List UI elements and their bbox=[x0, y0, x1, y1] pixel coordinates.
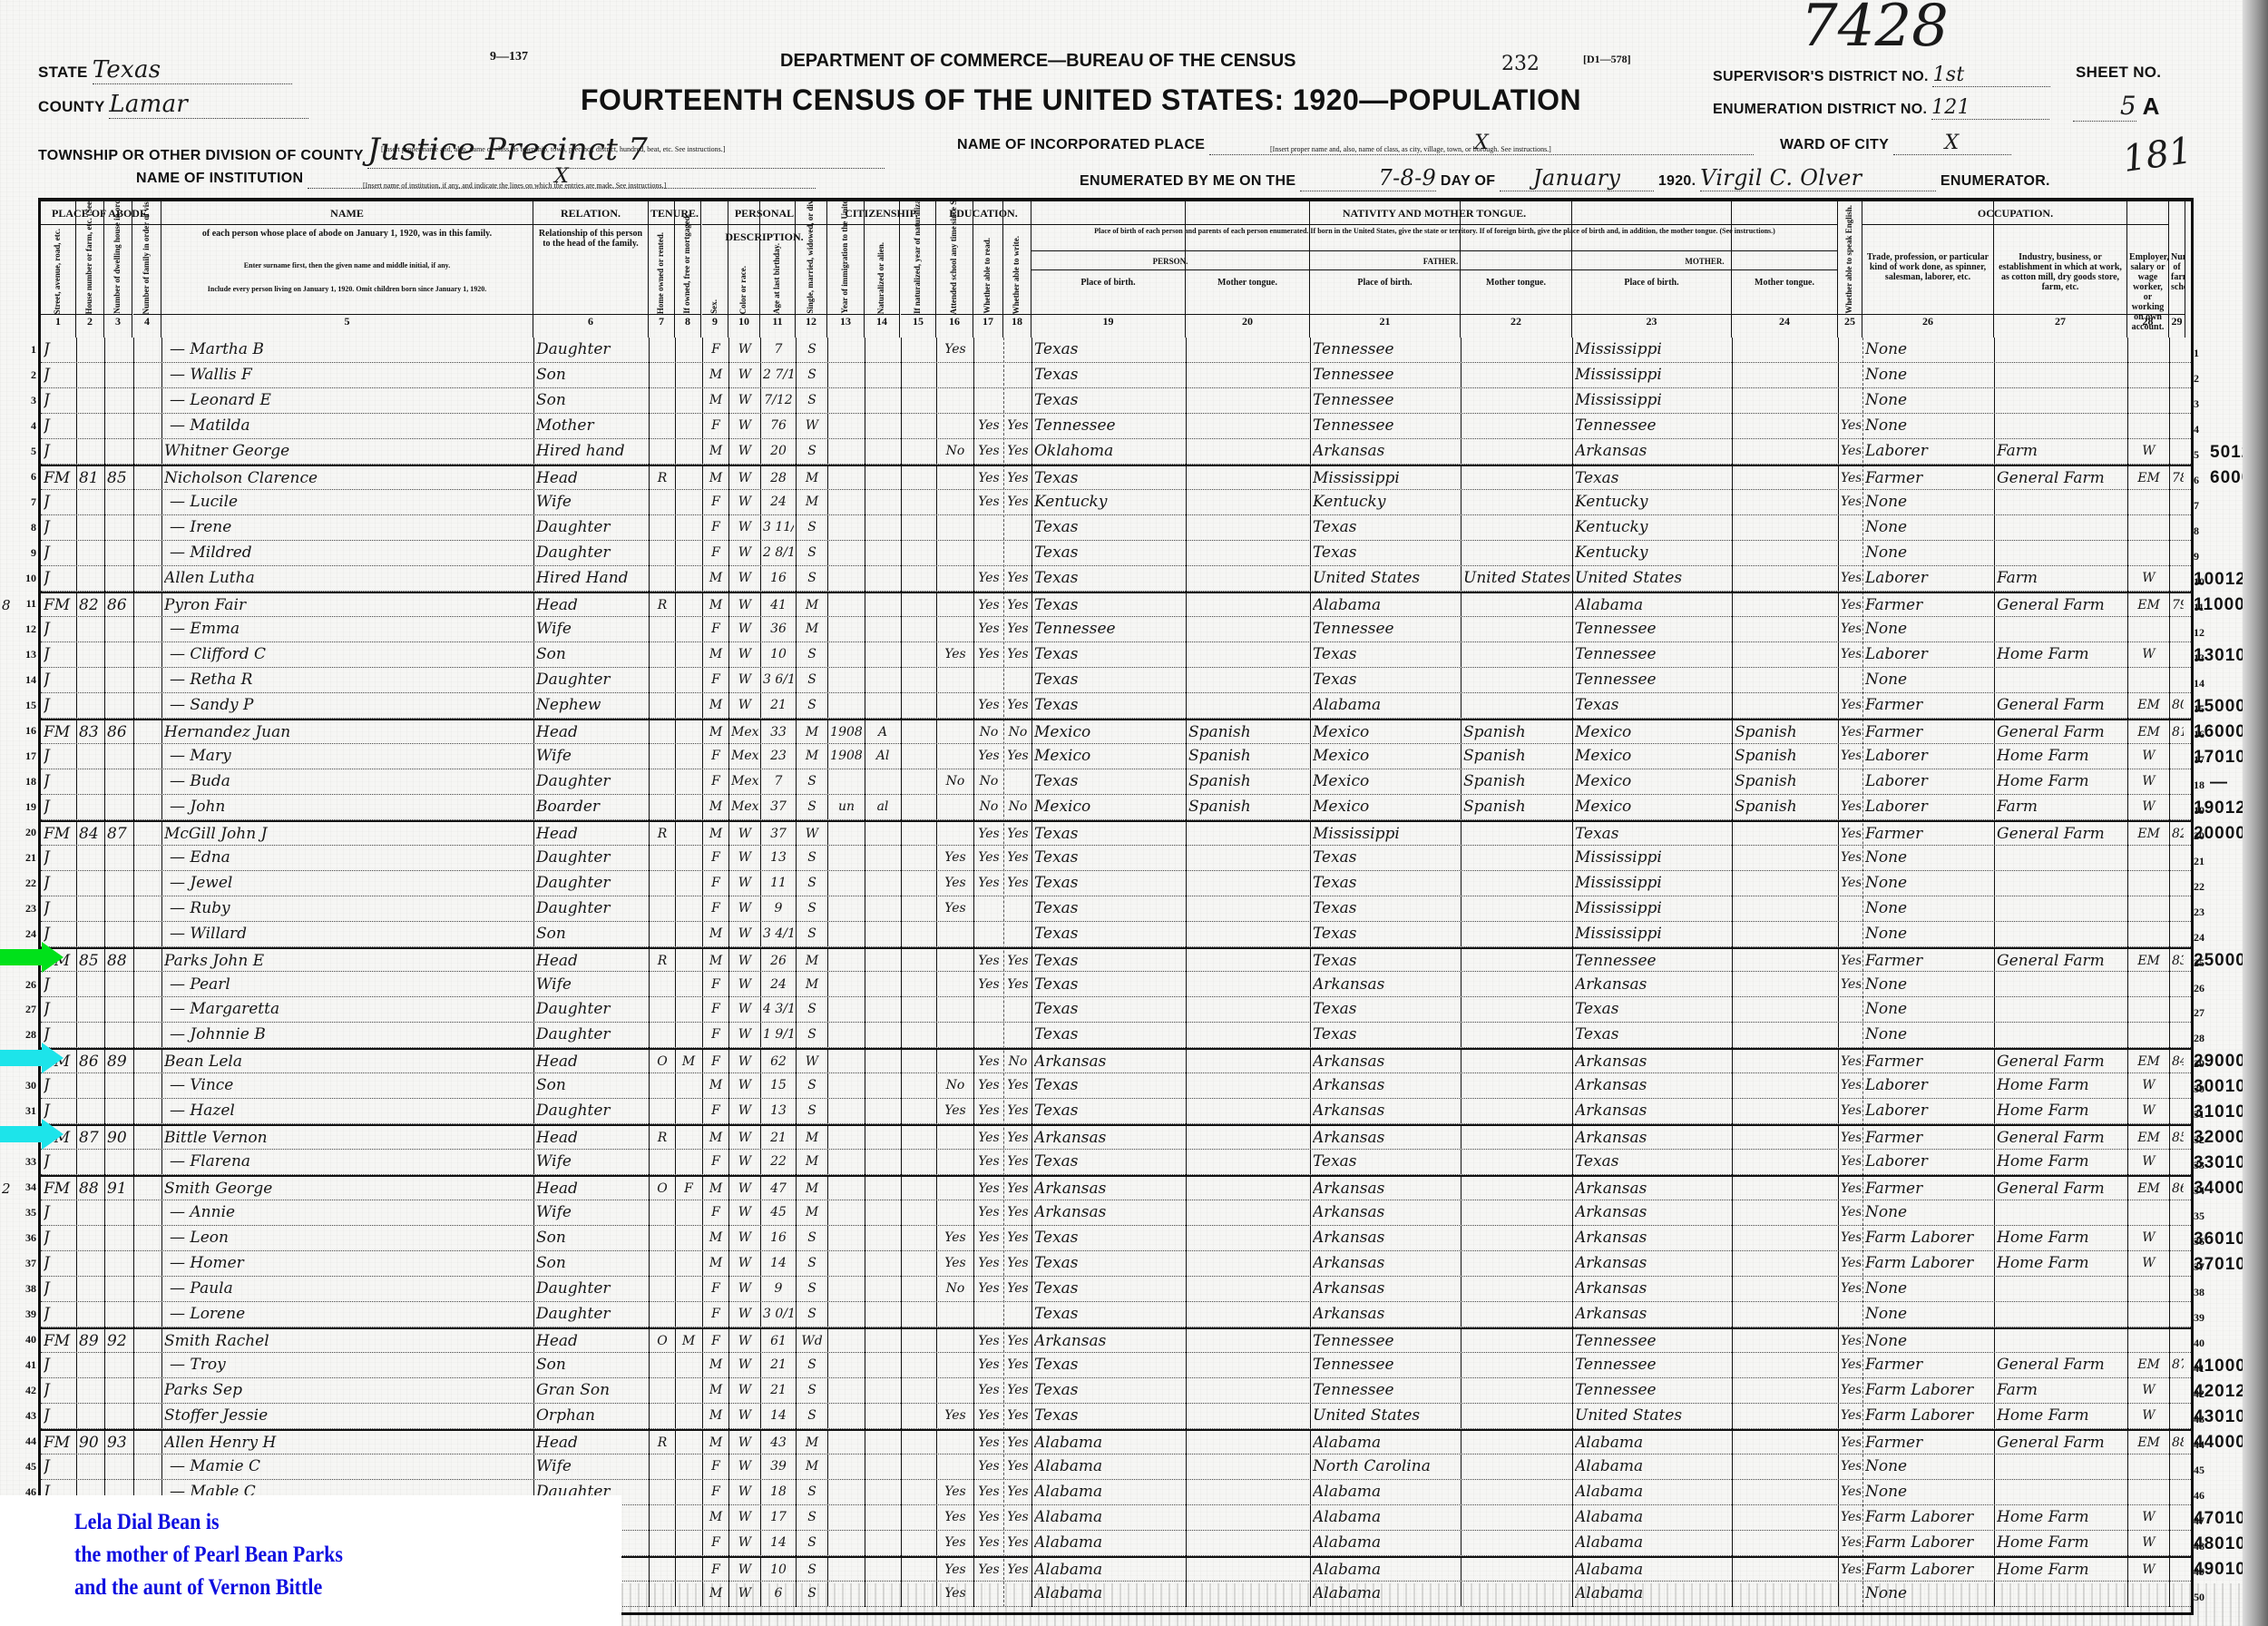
cell-imm bbox=[830, 617, 863, 642]
cell-race: W bbox=[731, 1302, 758, 1327]
cell-write bbox=[1006, 363, 1030, 387]
cell-employ: W bbox=[2130, 1505, 2167, 1530]
cell-home bbox=[651, 541, 673, 565]
column-number: 1 bbox=[41, 314, 76, 334]
cell-family bbox=[136, 617, 160, 642]
cell-own bbox=[678, 515, 699, 540]
cell-name: — Lorene bbox=[164, 1302, 537, 1327]
line-number-left: 18 bbox=[20, 775, 36, 789]
cell-imm bbox=[830, 922, 863, 946]
line-number-left: 22 bbox=[20, 877, 36, 890]
cell-mbirth: Texas bbox=[1575, 693, 1730, 718]
cell-tongue bbox=[1188, 566, 1308, 591]
cell-imm bbox=[830, 1378, 863, 1403]
arrow-head bbox=[42, 1119, 64, 1150]
cell-read bbox=[976, 515, 1002, 540]
cell-birth: Texas bbox=[1034, 515, 1184, 540]
cell-relation: Head bbox=[536, 1126, 647, 1149]
cell-age: 43 bbox=[763, 1431, 794, 1454]
cell-read: Yes bbox=[976, 822, 1002, 845]
cell-ftongue bbox=[1463, 541, 1570, 565]
cell-employ bbox=[2130, 1329, 2167, 1352]
line-number-left: 1 bbox=[20, 343, 36, 357]
cell-family bbox=[136, 466, 160, 489]
cell-own bbox=[678, 541, 699, 565]
cell-street: J bbox=[44, 1353, 74, 1377]
cell-write: Yes bbox=[1006, 1200, 1030, 1225]
cell-read: Yes bbox=[976, 1073, 1002, 1098]
cell-age: 3 11/12 bbox=[763, 515, 794, 540]
cell-english bbox=[1841, 515, 1861, 540]
cell-sex: M bbox=[705, 822, 727, 845]
cell-dwelling bbox=[107, 795, 131, 819]
cell-street: J bbox=[44, 617, 74, 642]
cell-dwelling: 86 bbox=[107, 720, 131, 743]
census-row: J— AnnieWifeFW45MYesYesArkansasArkansasA… bbox=[41, 1200, 2191, 1226]
cell-school: Yes bbox=[939, 1531, 972, 1555]
cell-natyr bbox=[904, 642, 934, 667]
cell-home bbox=[651, 1378, 673, 1403]
cell-street: FM bbox=[44, 822, 74, 845]
cell-birth: Tennessee bbox=[1034, 617, 1184, 642]
cell-age: 14 bbox=[763, 1531, 794, 1555]
cell-own bbox=[678, 1558, 699, 1581]
cell-own bbox=[678, 1404, 699, 1428]
cell-mbirth: United States bbox=[1575, 1404, 1730, 1428]
cell-write bbox=[1006, 1023, 1030, 1047]
line-number-left: 35 bbox=[20, 1206, 36, 1219]
cell-family bbox=[136, 871, 160, 896]
cell-name: — Flarena bbox=[164, 1150, 537, 1174]
line-number-left: 5 bbox=[20, 445, 36, 458]
cell-mbirth: Tennessee bbox=[1575, 642, 1730, 667]
cell-race: W bbox=[731, 949, 758, 972]
cell-read: Yes bbox=[976, 1177, 1002, 1200]
cell-relation: Daughter bbox=[536, 515, 647, 540]
line-number-right: 9 bbox=[2194, 550, 2199, 563]
census-row: J— RubyDaughterFW9SYesTexasTexasMississi… bbox=[41, 896, 2191, 922]
cell-sex: F bbox=[705, 744, 727, 769]
cell-home bbox=[651, 769, 673, 794]
cell-sex: F bbox=[705, 1050, 727, 1073]
cell-name: — Retha R bbox=[164, 668, 537, 692]
cell-nat bbox=[867, 566, 898, 591]
cell-dwelling bbox=[107, 388, 131, 413]
cell-house bbox=[79, 1023, 103, 1047]
cell-english: Yes bbox=[1841, 566, 1861, 591]
cell-natyr bbox=[904, 363, 934, 387]
cell-sex: F bbox=[705, 414, 727, 438]
cell-street: J bbox=[44, 490, 74, 514]
cell-ftongue bbox=[1463, 1404, 1570, 1428]
cell-farm bbox=[2172, 1558, 2184, 1581]
line-number-right: 27 bbox=[2194, 1006, 2204, 1020]
cell-name: Smith Rachel bbox=[164, 1329, 532, 1352]
state-value: Texas bbox=[93, 56, 292, 84]
cell-write: Yes bbox=[1006, 1378, 1030, 1403]
cell-school: Yes bbox=[939, 871, 972, 896]
cell-nat bbox=[867, 1505, 898, 1530]
cell-trade: None bbox=[1865, 515, 1992, 540]
column-number: 3 bbox=[104, 314, 132, 334]
cell-industry bbox=[1997, 1200, 2126, 1225]
cell-own bbox=[678, 1023, 699, 1047]
cell-ftongue bbox=[1463, 1505, 1570, 1530]
cell-write: No bbox=[1006, 1050, 1030, 1073]
cell-employ bbox=[2130, 896, 2167, 921]
cell-school bbox=[939, 414, 972, 438]
cell-natyr bbox=[904, 1558, 934, 1581]
census-row: FM8689Bean LelaHeadOMFW62WYesNoArkansasA… bbox=[41, 1048, 2191, 1073]
cell-birth: Texas bbox=[1034, 668, 1184, 692]
cell-read: Yes bbox=[976, 642, 1002, 667]
cell-imm bbox=[830, 1558, 863, 1581]
cell-dwelling bbox=[107, 744, 131, 769]
cell-street: J bbox=[44, 338, 74, 362]
column-header-text: Color or race. bbox=[738, 266, 748, 314]
cell-read: Yes bbox=[976, 1353, 1002, 1377]
cell-imm bbox=[830, 414, 863, 438]
cell-school: Yes bbox=[939, 1099, 972, 1123]
column-header-text: Mother tongue. bbox=[1188, 278, 1307, 288]
cell-dwelling bbox=[107, 1226, 131, 1250]
cell-employ: W bbox=[2130, 769, 2167, 794]
cell-home bbox=[651, 896, 673, 921]
cell-relation: Head bbox=[536, 1329, 647, 1352]
ward-label: WARD OF CITY bbox=[1780, 137, 1889, 152]
cell-trade: Farmer bbox=[1865, 1353, 1992, 1377]
cell-trade: None bbox=[1865, 388, 1992, 413]
cell-imm bbox=[830, 693, 863, 718]
cell-home bbox=[651, 1404, 673, 1428]
cell-birth: Texas bbox=[1034, 642, 1184, 667]
line-number-right: 14 bbox=[2194, 677, 2204, 691]
cell-family bbox=[136, 1329, 160, 1352]
cell-race: W bbox=[731, 1126, 758, 1149]
cell-ftongue bbox=[1463, 922, 1570, 946]
column-number: 24 bbox=[1732, 314, 1838, 334]
line-number-left: 31 bbox=[20, 1104, 36, 1118]
census-row: FM8790Bittle VernonHeadRMW21MYesYesArkan… bbox=[41, 1124, 2191, 1150]
cell-own bbox=[678, 896, 699, 921]
annotation-line-1: Lela Dial Bean is bbox=[74, 1510, 220, 1535]
cell-ftongue bbox=[1463, 1480, 1570, 1504]
cell-relation: Daughter bbox=[536, 846, 647, 870]
cell-industry: General Farm bbox=[1997, 693, 2126, 718]
cell-birth: Tennessee bbox=[1034, 414, 1184, 438]
cell-imm bbox=[830, 1200, 863, 1225]
cell-sex: F bbox=[705, 1023, 727, 1047]
census-row: J— Leonard ESonMW7/12STexasTennesseeMiss… bbox=[41, 388, 2191, 414]
supervisor-district-value: 1st bbox=[1932, 64, 2050, 87]
cell-race: W bbox=[731, 515, 758, 540]
cell-mbirth: Texas bbox=[1575, 822, 1730, 845]
cell-tongue bbox=[1188, 338, 1308, 362]
cell-fbirth: United States bbox=[1313, 1404, 1459, 1428]
cell-nat bbox=[867, 1329, 898, 1352]
cell-ftongue bbox=[1463, 1277, 1570, 1301]
cell-industry: General Farm bbox=[1997, 822, 2126, 845]
cell-marital: M bbox=[798, 593, 826, 616]
cell-mtongue bbox=[1735, 922, 1836, 946]
cell-street: J bbox=[44, 1302, 74, 1327]
line-code: 47010 bbox=[2194, 1509, 2246, 1529]
cell-birth: Texas bbox=[1034, 338, 1184, 362]
column-header-text: Place of birth. bbox=[1574, 278, 1729, 288]
cell-birth: Texas bbox=[1034, 1353, 1184, 1377]
cell-fbirth: Arkansas bbox=[1313, 1073, 1459, 1098]
cell-english bbox=[1841, 668, 1861, 692]
cell-write: Yes bbox=[1006, 846, 1030, 870]
cell-natyr bbox=[904, 1050, 934, 1073]
cell-school: Yes bbox=[939, 1558, 972, 1581]
cell-english: Yes bbox=[1841, 1531, 1861, 1555]
census-row: FM8286Pyron FairHeadRMW41MYesYesTexasAla… bbox=[41, 592, 2191, 617]
cell-employ: W bbox=[2130, 1073, 2167, 1098]
cell-house bbox=[79, 363, 103, 387]
cell-natyr bbox=[904, 1150, 934, 1174]
cell-nat bbox=[867, 1531, 898, 1555]
line-number-left: 23 bbox=[20, 902, 36, 916]
cell-employ: W bbox=[2130, 1099, 2167, 1123]
cell-mtongue bbox=[1735, 388, 1836, 413]
cell-mtongue bbox=[1735, 822, 1836, 845]
cell-house bbox=[79, 795, 103, 819]
enumeration-district-value: 121 bbox=[1931, 96, 2049, 120]
cell-nat bbox=[867, 593, 898, 616]
cell-school: Yes bbox=[939, 896, 972, 921]
cell-race: W bbox=[731, 1404, 758, 1428]
cell-write: Yes bbox=[1006, 466, 1030, 489]
cell-home: R bbox=[651, 1431, 673, 1454]
cell-employ bbox=[2130, 1200, 2167, 1225]
cell-own bbox=[678, 822, 699, 845]
cell-natyr bbox=[904, 769, 934, 794]
cell-relation: Daughter bbox=[536, 997, 647, 1022]
cell-natyr bbox=[904, 1277, 934, 1301]
cell-sex: M bbox=[705, 720, 727, 743]
cell-birth: Mexico bbox=[1034, 744, 1184, 769]
cell-farm bbox=[2172, 896, 2184, 921]
cell-write: Yes bbox=[1006, 1505, 1030, 1530]
cell-mtongue bbox=[1735, 338, 1836, 362]
cell-home bbox=[651, 1558, 673, 1581]
cell-english bbox=[1841, 997, 1861, 1022]
cell-dwelling bbox=[107, 566, 131, 591]
cell-employ: W bbox=[2130, 795, 2167, 819]
cell-ftongue bbox=[1463, 1200, 1570, 1225]
cell-home bbox=[651, 1505, 673, 1530]
cell-sex: F bbox=[705, 997, 727, 1022]
cell-mbirth: Mexico bbox=[1575, 744, 1730, 769]
cell-relation: Wife bbox=[536, 617, 647, 642]
cell-english: Yes bbox=[1841, 1505, 1861, 1530]
cell-marital: S bbox=[798, 769, 826, 794]
cell-industry bbox=[1997, 871, 2126, 896]
cell-street: J bbox=[44, 1404, 74, 1428]
county-label: COUNTY bbox=[38, 98, 104, 115]
cell-employ: EM bbox=[2130, 1126, 2167, 1149]
cell-read: Yes bbox=[976, 1200, 1002, 1225]
cell-mtongue bbox=[1735, 1150, 1836, 1174]
cell-trade: Laborer bbox=[1865, 1099, 1992, 1123]
cell-race: W bbox=[731, 1480, 758, 1504]
cell-relation: Daughter bbox=[536, 769, 647, 794]
cell-age: 9 bbox=[763, 1277, 794, 1301]
cell-dwelling bbox=[107, 1099, 131, 1123]
cell-natyr bbox=[904, 1023, 934, 1047]
cell-natyr bbox=[904, 871, 934, 896]
cell-tongue bbox=[1188, 1023, 1308, 1047]
cell-write: Yes bbox=[1006, 822, 1030, 845]
cell-own bbox=[678, 466, 699, 489]
cell-race: W bbox=[731, 1150, 758, 1174]
cell-nat bbox=[867, 388, 898, 413]
cell-mbirth: Alabama bbox=[1575, 1505, 1730, 1530]
cell-nat bbox=[867, 490, 898, 514]
cell-industry: General Farm bbox=[1997, 720, 2126, 743]
cell-race: W bbox=[731, 668, 758, 692]
cell-trade: Farmer bbox=[1865, 949, 1992, 972]
cell-employ: EM bbox=[2130, 466, 2167, 489]
cell-fbirth: Arkansas bbox=[1313, 1200, 1459, 1225]
cell-name: — Pearl bbox=[164, 973, 537, 997]
cell-mtongue bbox=[1735, 949, 1836, 972]
census-title: FOURTEENTH CENSUS OF THE UNITED STATES: … bbox=[581, 83, 1581, 117]
line-number-left: 13 bbox=[20, 648, 36, 661]
cell-own bbox=[678, 795, 699, 819]
cell-employ: EM bbox=[2130, 1177, 2167, 1200]
cell-mbirth: Arkansas bbox=[1575, 439, 1730, 464]
cell-farm: 86 bbox=[2172, 1177, 2184, 1200]
cell-read: Yes bbox=[976, 1531, 1002, 1555]
cell-industry: Home Farm bbox=[1997, 1558, 2126, 1581]
cell-natyr bbox=[904, 388, 934, 413]
cell-relation: Daughter bbox=[536, 896, 647, 921]
cell-mbirth: Arkansas bbox=[1575, 1126, 1730, 1149]
cell-english: Yes bbox=[1841, 720, 1861, 743]
cell-imm bbox=[830, 490, 863, 514]
cell-industry bbox=[1997, 414, 2126, 438]
cell-race: Mex bbox=[731, 795, 758, 819]
cell-mtongue bbox=[1735, 490, 1836, 514]
cell-house bbox=[79, 515, 103, 540]
cell-trade: None bbox=[1865, 1023, 1992, 1047]
cell-read bbox=[976, 896, 1002, 921]
cell-home bbox=[651, 388, 673, 413]
cell-name: — Johnnie B bbox=[164, 1023, 537, 1047]
cell-age: 10 bbox=[763, 1558, 794, 1581]
cell-english: Yes bbox=[1841, 1378, 1861, 1403]
census-sheet: STATE Texas COUNTY Lamar 9—137 DEPARTMEN… bbox=[0, 0, 2268, 1626]
cell-read: Yes bbox=[976, 566, 1002, 591]
cell-imm bbox=[830, 1050, 863, 1073]
cell-english: Yes bbox=[1841, 1558, 1861, 1581]
cell-natyr bbox=[904, 566, 934, 591]
cell-age: 20 bbox=[763, 439, 794, 464]
cell-sex: F bbox=[705, 1277, 727, 1301]
cell-mtongue bbox=[1735, 1329, 1836, 1352]
cell-sex: F bbox=[705, 617, 727, 642]
census-row: JParks SepGran SonMW21SYesYesTexasTennes… bbox=[41, 1378, 2191, 1404]
cell-industry: General Farm bbox=[1997, 1050, 2126, 1073]
cell-write: Yes bbox=[1006, 1531, 1030, 1555]
cell-natyr bbox=[904, 668, 934, 692]
cell-fbirth: Arkansas bbox=[1313, 1277, 1459, 1301]
column-header-text: Place of birth. bbox=[1312, 278, 1458, 288]
line-code: 32000 bbox=[2194, 1128, 2246, 1148]
cell-birth: Texas bbox=[1034, 846, 1184, 870]
cell-trade: None bbox=[1865, 922, 1992, 946]
cell-industry bbox=[1997, 363, 2126, 387]
cell-race: W bbox=[731, 973, 758, 997]
cell-school: No bbox=[939, 769, 972, 794]
cell-mtongue bbox=[1735, 1200, 1836, 1225]
cell-family bbox=[136, 949, 160, 972]
cell-relation: Son bbox=[536, 388, 647, 413]
column-number: 12 bbox=[796, 314, 827, 334]
line-number-left: 16 bbox=[20, 724, 36, 738]
cell-read: No bbox=[976, 720, 1002, 743]
cell-mbirth: Mexico bbox=[1575, 769, 1730, 794]
cell-tongue: Spanish bbox=[1188, 795, 1308, 819]
column-number: 20 bbox=[1186, 314, 1310, 334]
cell-nat bbox=[867, 896, 898, 921]
cell-farm bbox=[2172, 414, 2184, 438]
cell-fbirth: Tennessee bbox=[1313, 1353, 1459, 1377]
cell-age: 37 bbox=[763, 822, 794, 845]
cell-trade: None bbox=[1865, 414, 1992, 438]
cell-tongue bbox=[1188, 363, 1308, 387]
cell-trade: None bbox=[1865, 1277, 1992, 1301]
cell-trade: Farmer bbox=[1865, 1431, 1992, 1454]
cell-imm bbox=[830, 1251, 863, 1276]
cell-marital: W bbox=[798, 822, 826, 845]
cell-street: J bbox=[44, 973, 74, 997]
cell-age: 13 bbox=[763, 1099, 794, 1123]
cell-age: 7 bbox=[763, 338, 794, 362]
census-row: J— VinceSonMW15SNoYesYesTexasArkansasArk… bbox=[41, 1073, 2191, 1099]
cell-english bbox=[1841, 388, 1861, 413]
cell-relation: Boarder bbox=[536, 795, 647, 819]
column-number: 28 bbox=[2127, 314, 2169, 334]
cell-imm bbox=[830, 769, 863, 794]
cell-mtongue bbox=[1735, 1378, 1836, 1403]
cell-name: — Homer bbox=[164, 1251, 537, 1276]
cell-farm: 80 bbox=[2172, 693, 2184, 718]
cell-natyr bbox=[904, 922, 934, 946]
census-row: JAllen LuthaHired HandMW16SYesYesTexasUn… bbox=[41, 566, 2191, 592]
cell-age: 21 bbox=[763, 693, 794, 718]
line-number-right: 35 bbox=[2194, 1210, 2204, 1223]
cell-school bbox=[939, 1023, 972, 1047]
cell-birth: Texas bbox=[1034, 871, 1184, 896]
cell-fbirth: Alabama bbox=[1313, 1431, 1459, 1454]
cell-relation: Son bbox=[536, 363, 647, 387]
cell-school: Yes bbox=[939, 846, 972, 870]
cell-school bbox=[939, 1378, 972, 1403]
cell-dwelling bbox=[107, 846, 131, 870]
cell-read bbox=[976, 997, 1002, 1022]
cell-own bbox=[678, 720, 699, 743]
cell-marital: S bbox=[798, 363, 826, 387]
cell-fbirth: Alabama bbox=[1313, 1505, 1459, 1530]
line-number-right: 39 bbox=[2194, 1311, 2204, 1325]
cell-natyr bbox=[904, 490, 934, 514]
cell-home bbox=[651, 566, 673, 591]
cell-fbirth: Texas bbox=[1313, 922, 1459, 946]
cell-home bbox=[651, 1023, 673, 1047]
